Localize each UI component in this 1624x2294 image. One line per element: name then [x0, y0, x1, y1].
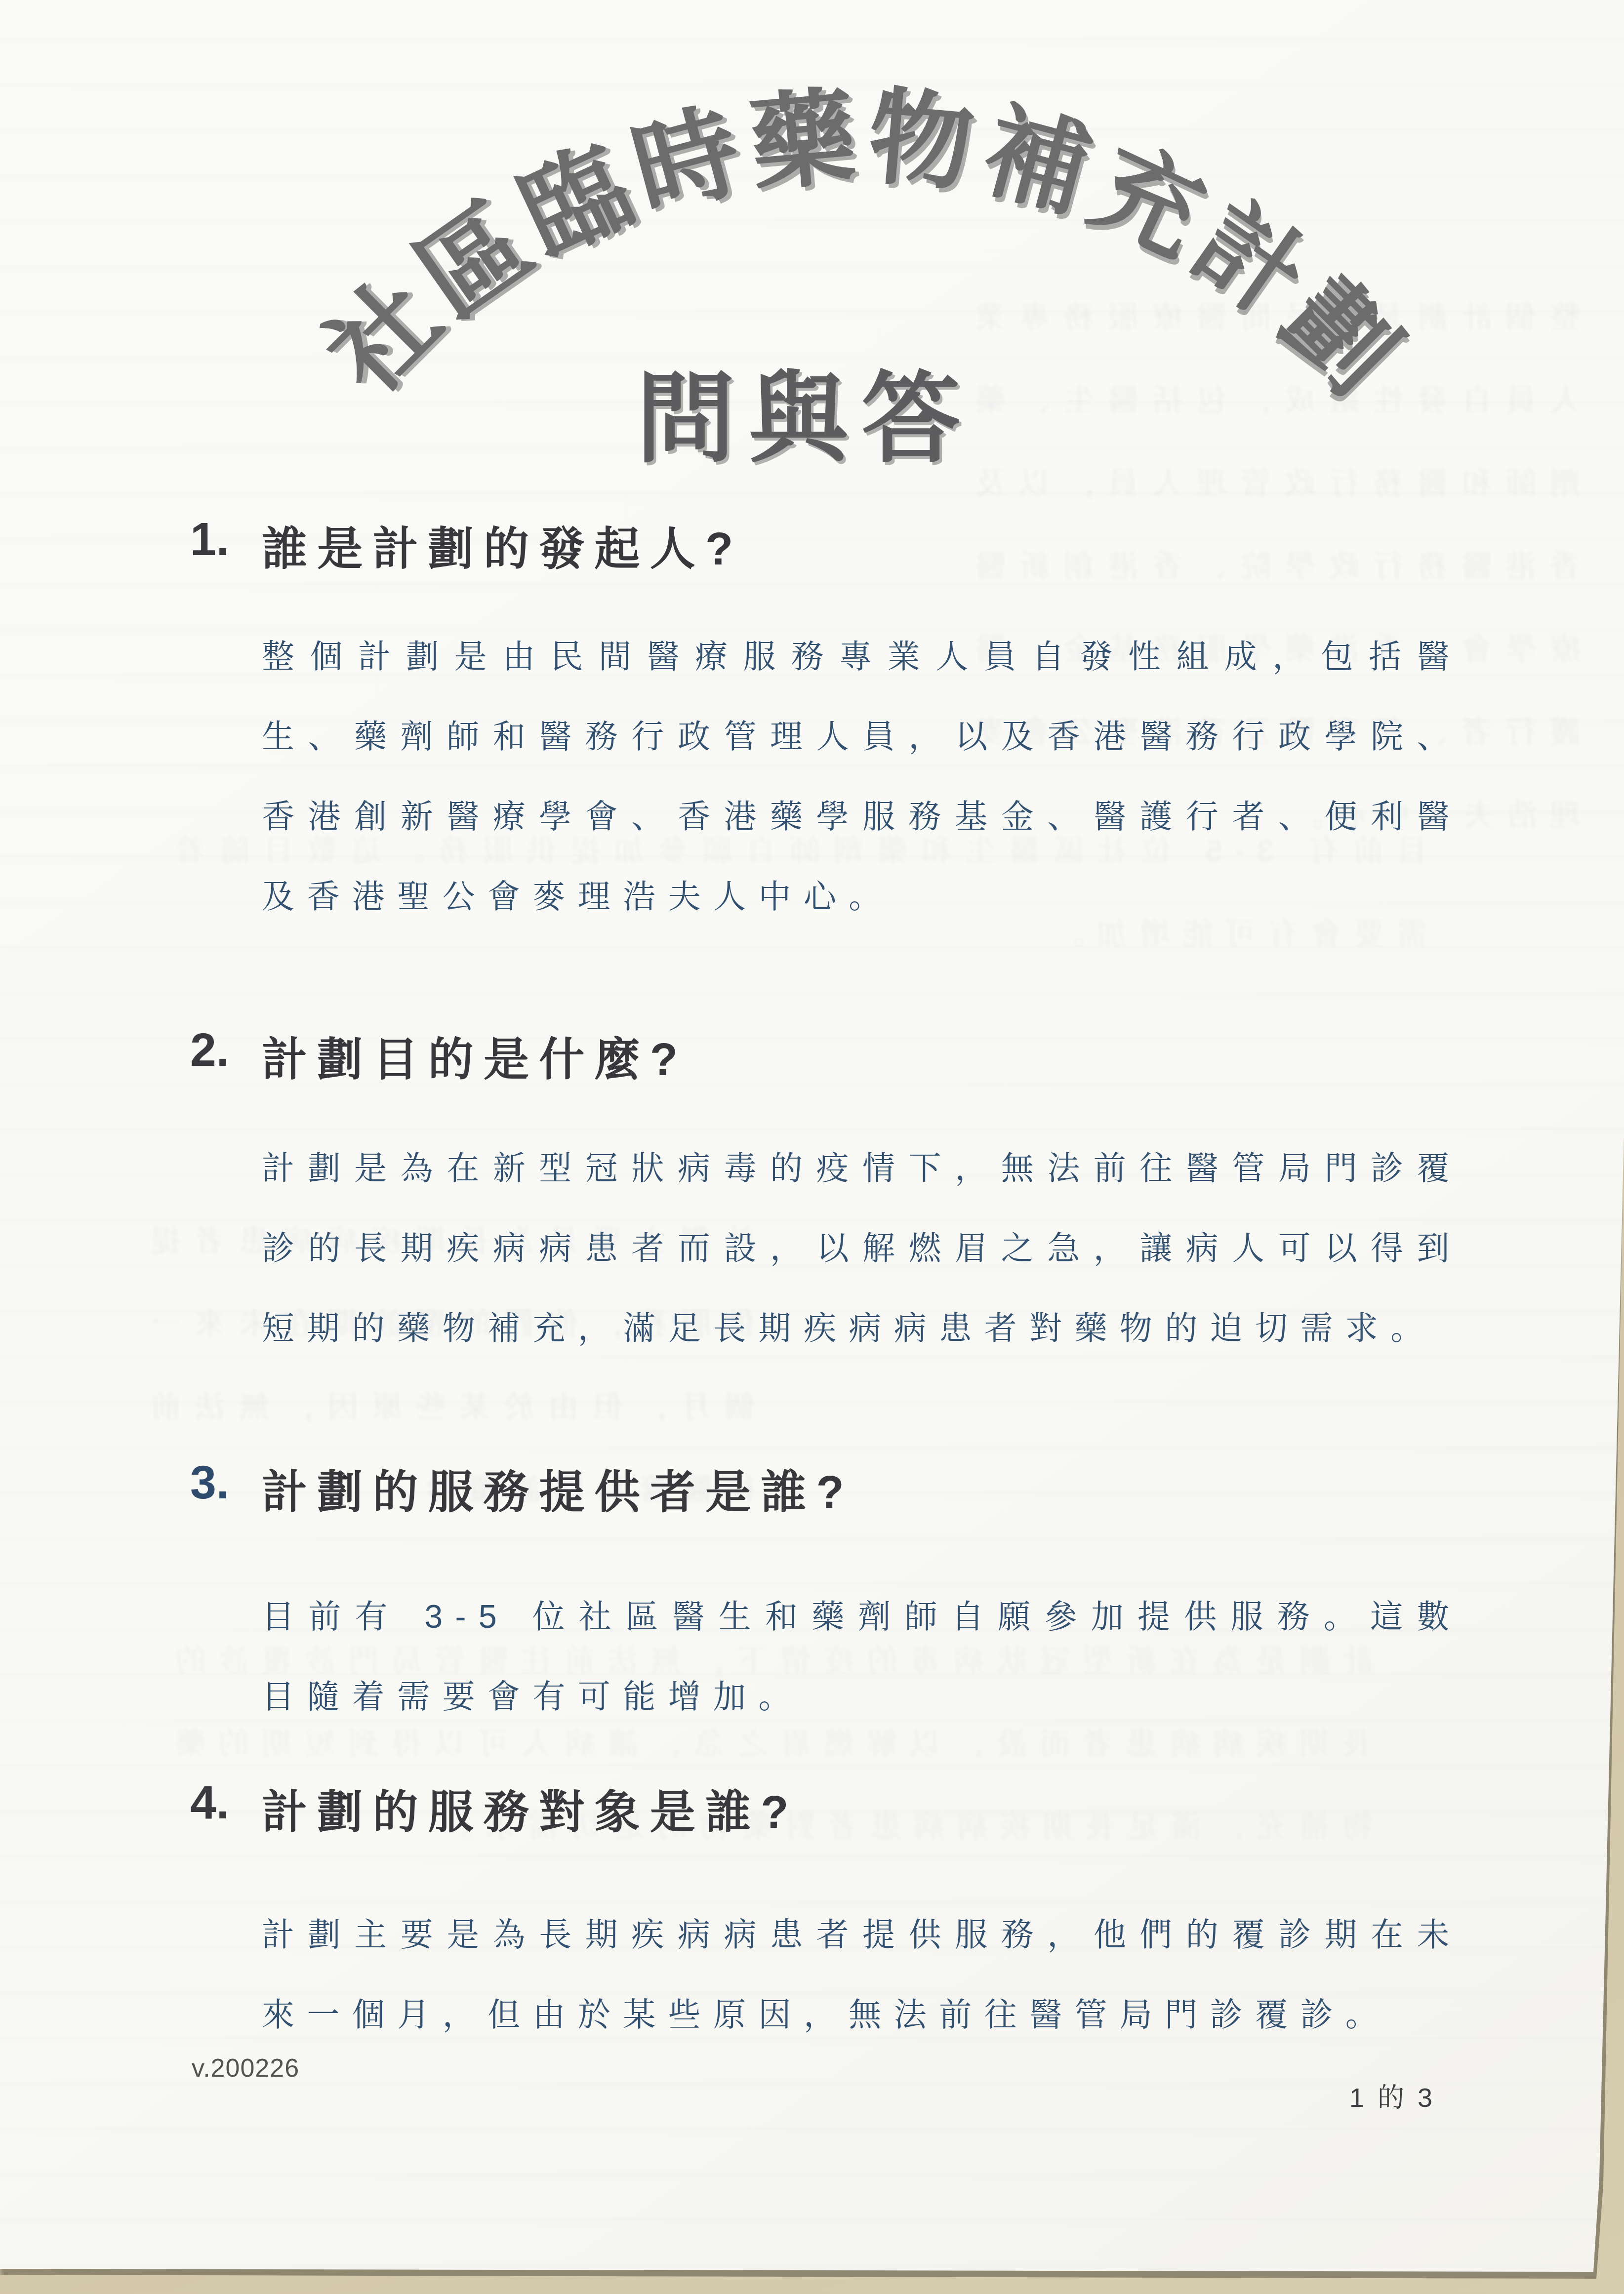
question-number: 3. [190, 1456, 262, 1510]
question-number: 4. [190, 1776, 262, 1830]
question-number: 1. [190, 513, 262, 566]
footer-version: v.200226 [192, 2053, 299, 2083]
qa-section-1: 1. 誰是計劃的發起人? 整個計劃是由民間醫療服務專業人員自發性組成，包括醫生、… [190, 513, 1464, 936]
answer-text: 目前有 3-5 位社區醫生和藥劑師自願參加提供服務。這數目隨着需要會有可能增加。 [262, 1576, 1462, 1736]
question-text: 計劃的服務對象是誰? [262, 1776, 799, 1841]
scanned-document: 整個計劃是由民間醫療服務專業人員自發性組成，包括醫生、藥劑師和醫務行政管理人員，… [0, 0, 1624, 2294]
answer-text: 計劃是為在新型冠狀病毒的疫情下，無法前往醫管局門診覆診的長期疾病病患者而設，以解… [262, 1128, 1462, 1368]
qa-section-4: 4. 計劃的服務對象是誰? 計劃主要是為長期疾病病患者提供服務，他們的覆診期在未… [190, 1776, 1464, 2054]
qa-section-2: 2. 計劃目的是什麼? 計劃是為在新型冠狀病毒的疫情下，無法前往醫管局門診覆診的… [190, 1023, 1464, 1368]
answer-text: 整個計劃是由民間醫療服務專業人員自發性組成，包括醫生、藥劑師和醫務行政管理人員，… [262, 616, 1462, 936]
question-text: 誰是計劃的發起人? [262, 513, 743, 578]
document-subtitle: 問與答 [636, 340, 974, 482]
answer-text: 計劃主要是為長期疾病病患者提供服務，他們的覆診期在未來一個月，但由於某些原因，無… [262, 1894, 1462, 2054]
footer-page-number: 1 的 3 [1349, 2077, 1435, 2115]
title-arc-char: 物 [863, 52, 980, 211]
question-number: 2. [190, 1023, 262, 1077]
question-text: 計劃的服務提供者是誰? [262, 1456, 854, 1521]
qa-section-3: 3. 計劃的服務提供者是誰? 目前有 3-5 位社區醫生和藥劑師自願參加提供服務… [190, 1456, 1464, 1736]
document-content: 社區臨時藥物補充計劃 問與答 1. 誰是計劃的發起人? 整個計劃是由民間醫療服務… [0, 0, 1624, 2294]
title-arc-char: 藥 [743, 52, 861, 211]
question-text: 計劃目的是什麼? [262, 1023, 688, 1088]
